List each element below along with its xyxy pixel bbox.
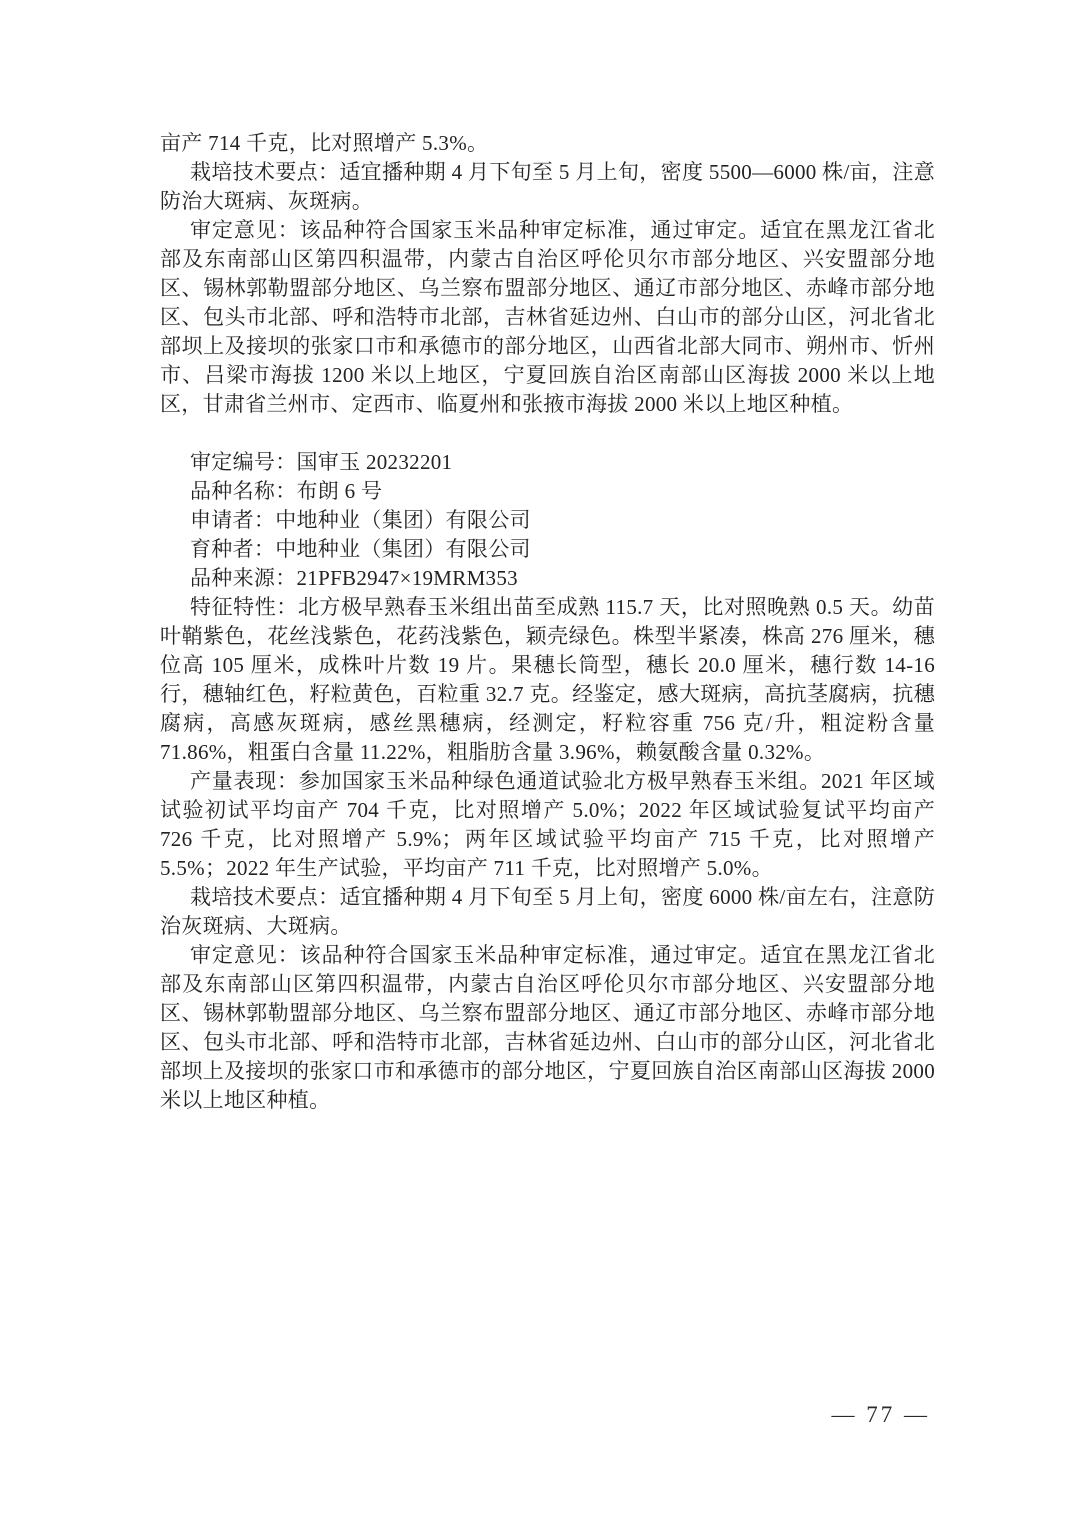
paragraph-yield-performance: 产量表现：参加国家玉米品种绿色通道试验北方极早熟春玉米组。2021 年区域试验初… (160, 767, 935, 883)
paragraph-characteristics: 特征特性：北方极早熟春玉米组出苗至成熟 115.7 天，比对照晚熟 0.5 天。… (160, 593, 935, 767)
document-page: 亩产 714 千克，比对照增产 5.3%。 栽培技术要点：适宜播种期 4 月下旬… (0, 0, 1080, 1527)
page-number: — 77 — (832, 1402, 931, 1428)
paragraph-cultivation-tips-1: 栽培技术要点：适宜播种期 4 月下旬至 5 月上旬，密度 5500—6000 株… (160, 158, 935, 216)
field-breeder: 育种者：中地种业（集团）有限公司 (160, 535, 935, 564)
document-content: 亩产 714 千克，比对照增产 5.3%。 栽培技术要点：适宜播种期 4 月下旬… (160, 129, 935, 1115)
field-variety-origin: 品种来源：21PFB2947×19MRM353 (160, 564, 935, 593)
paragraph-yield-continuation: 亩产 714 千克，比对照增产 5.3%。 (160, 129, 935, 158)
field-applicant: 申请者：中地种业（集团）有限公司 (160, 506, 935, 535)
paragraph-cultivation-tips-2: 栽培技术要点：适宜播种期 4 月下旬至 5 月上旬，密度 6000 株/亩左右，… (160, 883, 935, 941)
paragraph-approval-opinion-2: 审定意见：该品种符合国家玉米品种审定标准，通过审定。适宜在黑龙江省北部及东南部山… (160, 941, 935, 1115)
field-approval-number: 审定编号：国审玉 20232201 (160, 448, 935, 477)
field-variety-name: 品种名称：布朗 6 号 (160, 477, 935, 506)
paragraph-approval-opinion-1: 审定意见：该品种符合国家玉米品种审定标准，通过审定。适宜在黑龙江省北部及东南部山… (160, 216, 935, 419)
